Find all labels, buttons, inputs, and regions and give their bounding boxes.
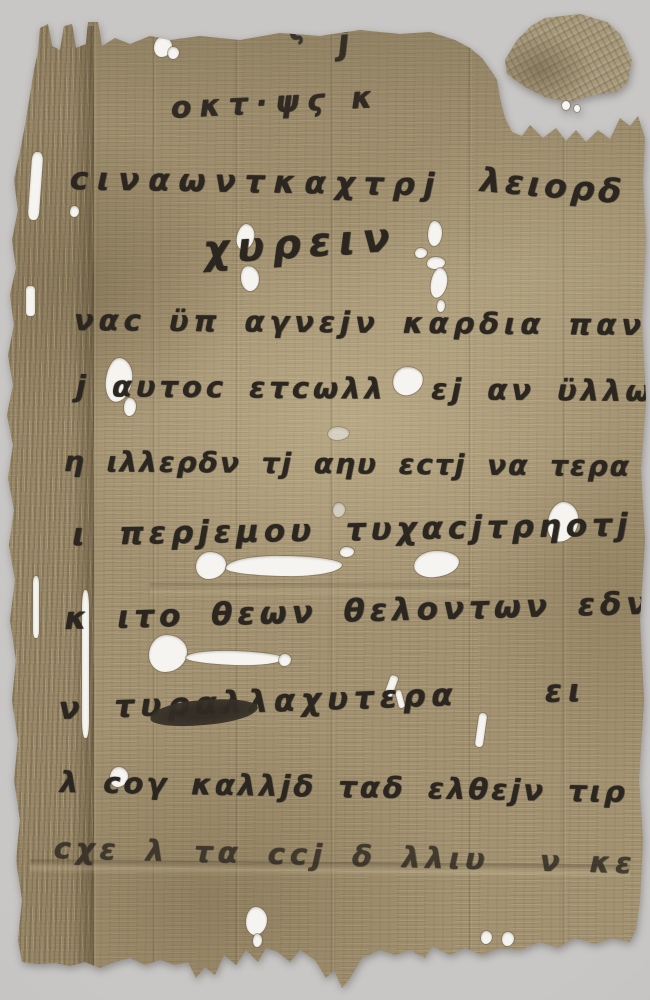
ink-mark-top-2: ϳ (336, 25, 351, 60)
hole (328, 427, 349, 440)
hole (196, 552, 226, 579)
hole (415, 248, 427, 258)
ink-line-4: ναϲ ϋπ αγνεϳν καρδια πανι (74, 306, 650, 340)
hole (413, 549, 460, 578)
hole (427, 257, 445, 269)
hole (428, 221, 442, 246)
photo-canvas: ϛ ϳ οκτ·ψϛ κ ϲιναωντκαχτρϳ λειορδ χυρειν… (0, 0, 650, 1000)
hole (149, 635, 187, 672)
hole (33, 576, 39, 638)
papyrus-sheet: ϛ ϳ οκτ·ψϛ κ ϲιναωντκαχτρϳ λειορδ χυρειν… (0, 0, 650, 1000)
hole (475, 713, 488, 748)
ink-line-2b: λειορδ (479, 163, 626, 209)
papyrus-fragment (495, 12, 645, 108)
hole (253, 934, 262, 947)
fray-speck (574, 105, 580, 112)
fray-speck (562, 101, 570, 110)
ink-line-1: οκτ·ψϛ κ (170, 83, 381, 124)
ink-line-10: λ ϲογ καλλϳδ ταδ ελθεϳν τιρ (59, 768, 627, 807)
hole (246, 907, 267, 935)
hole (502, 932, 514, 946)
ink-line-greeting: χυρειν (202, 217, 399, 270)
ink-line-7: ι περϳεμου τυχαϲϳτρηοτϳ (72, 510, 633, 551)
ink-line-2: ϲιναωντκαχτρϳ (69, 164, 443, 202)
hole (279, 654, 291, 666)
ink-line-6: η ιλλερδν τϳ αηυ εϲτϳ να τερα (64, 448, 631, 481)
hole (26, 286, 35, 316)
hole (226, 555, 342, 577)
hole (168, 47, 179, 59)
hole (186, 649, 283, 666)
ink-line-9: ν τυραλλαχυτερα ει (58, 676, 587, 725)
ink-mark-top-1: ϛ (284, 17, 307, 47)
papyrus-artifact: ϛ ϳ οκτ·ψϛ κ ϲιναωντκαχτρϳ λειορδ χυρειν… (0, 0, 650, 1000)
hole (481, 931, 492, 944)
hole (429, 267, 449, 299)
hole (340, 547, 354, 557)
ink-line-5: ϳ αυτοϲ ετϲωλλ εϳ αν ϋλλων (76, 372, 650, 406)
